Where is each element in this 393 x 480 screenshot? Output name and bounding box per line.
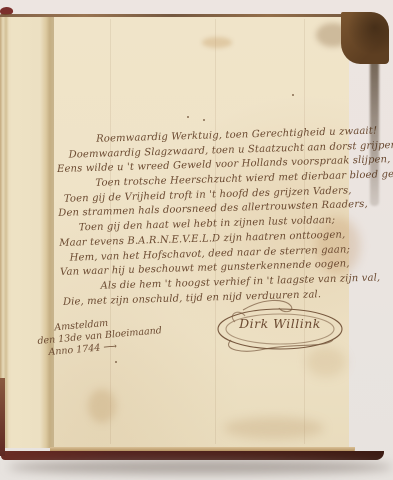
book-shadow: [8, 460, 393, 474]
cover-bottom-edge: [1, 451, 384, 460]
signature-block: Dirk Willink: [213, 296, 347, 358]
signature-name: Dirk Willink: [213, 316, 347, 331]
fore-edge-streak: [370, 56, 379, 206]
foxing-stain: [202, 37, 232, 48]
open-book: Roemwaardig Werktuig, toen Gerechtigheid…: [0, 14, 389, 464]
spine-edge-bottom-left: [0, 378, 5, 456]
foxing-stain: [88, 389, 116, 423]
handwritten-poem: Roemwaardig Werktuig, toen Gerechtigheid…: [56, 125, 361, 310]
foxing-stain: [224, 417, 324, 439]
ink-speck: [115, 361, 117, 363]
ink-speck: [187, 116, 189, 118]
ink-speck: [203, 119, 205, 121]
book-photo: Roemwaardig Werktuig, toen Gerechtigheid…: [0, 0, 393, 480]
ink-speck: [292, 94, 294, 96]
leather-corner-top-right: [341, 12, 389, 64]
left-page-stack: [0, 17, 54, 448]
album-page: Roemwaardig Werktuig, toen Gerechtigheid…: [54, 17, 349, 448]
fore-edge: [349, 16, 389, 455]
